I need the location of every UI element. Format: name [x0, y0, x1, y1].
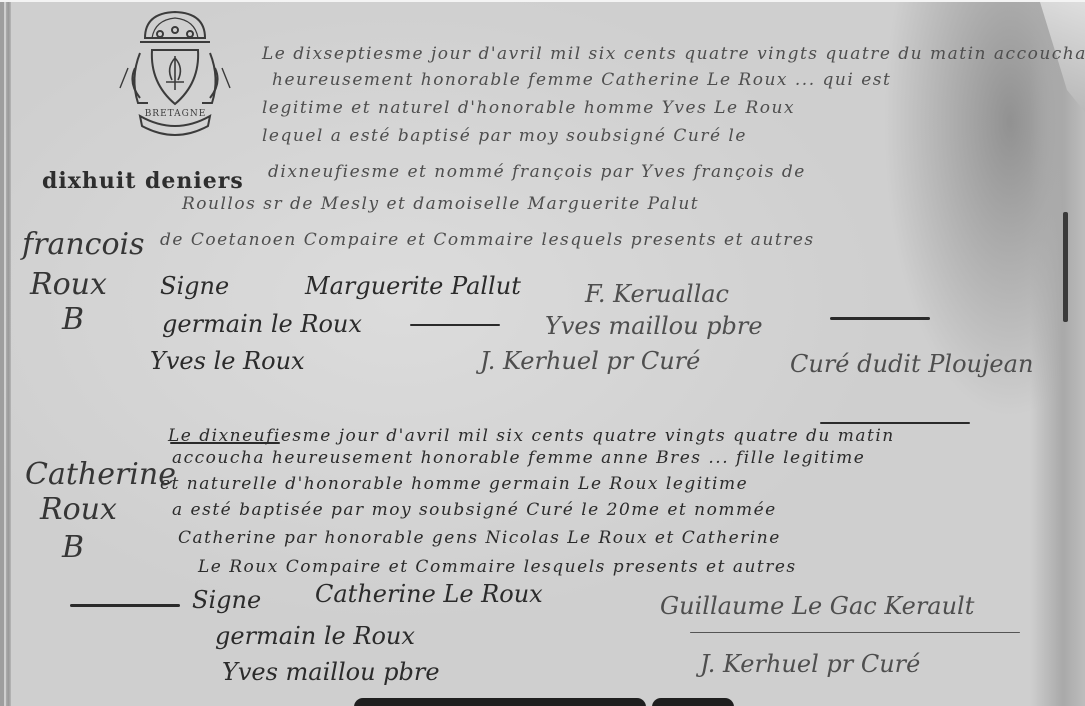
ink-flourish	[690, 632, 1020, 633]
page-right-edge	[1030, 2, 1085, 706]
entry-1-signature: Marguerite Pallut	[305, 272, 521, 300]
tax-mark: dixhuit deniers	[42, 168, 244, 194]
ink-flourish	[830, 317, 930, 320]
entry-1-line: Le dixseptiesme jour d'avril mil six cen…	[262, 44, 1085, 64]
page-gutter	[0, 2, 4, 706]
ink-flourish	[410, 324, 500, 326]
viewer-toolbar-left[interactable]	[354, 698, 646, 706]
entry-2-margin-mark: B	[62, 530, 84, 565]
document-viewer: BRETAGNE dixhuit deniers francois Roux B…	[0, 0, 1085, 706]
entry-1-line: Roullos sr de Mesly et damoiselle Margue…	[182, 194, 699, 214]
entry-1-line: de Coetanoen Compaire et Commaire lesque…	[160, 230, 815, 250]
coat-of-arms-icon	[100, 8, 250, 143]
stamp-label: BRETAGNE	[128, 109, 223, 119]
register-page: BRETAGNE dixhuit deniers francois Roux B…	[0, 2, 1085, 706]
entry-1-margin-mark: B	[62, 302, 84, 337]
viewer-toolbar-right[interactable]	[652, 698, 734, 706]
entry-2-line: et naturelle d'honorable homme germain L…	[160, 474, 748, 494]
entry-2-signature: Yves maillou pbre	[222, 658, 440, 686]
entry-1-margin-surname: Roux	[30, 267, 107, 302]
entry-2-line: a esté baptisée par moy soubsigné Curé l…	[172, 500, 777, 520]
entry-1-line: lequel a esté baptisé par moy soubsigné …	[262, 126, 747, 146]
entry-2-signature: J. Kerhuel pr Curé	[700, 650, 920, 678]
entry-1-line: dixneufiesme et nommé françois par Yves …	[268, 162, 806, 182]
entry-1-signature: Curé dudit Ploujean	[790, 350, 1033, 378]
entry-1-line: legitime et naturel d'honorable homme Yv…	[262, 98, 795, 118]
entry-1-signature: Yves le Roux	[150, 347, 305, 375]
ink-flourish	[70, 604, 180, 607]
entry-1-signature: J. Kerhuel pr Curé	[480, 347, 700, 375]
margin-rule-left	[6, 2, 11, 706]
ink-flourish	[170, 442, 280, 444]
entry-1-margin-given-name: francois	[22, 227, 145, 262]
entry-2-margin-given-name: Catherine	[25, 457, 176, 492]
ink-flourish	[820, 422, 970, 424]
entry-2-signature: germain le Roux	[215, 622, 415, 650]
entry-1-signature: Yves maillou pbre	[545, 312, 763, 340]
entry-2-line: Le Roux Compaire et Commaire lesquels pr…	[198, 557, 797, 577]
entry-2-signature: Guillaume Le Gac Kerault	[660, 592, 974, 620]
entry-2-line: Catherine par honorable gens Nicolas Le …	[178, 528, 781, 548]
entry-1-signature: Signe	[160, 272, 229, 300]
entry-1-signature: germain le Roux	[162, 310, 362, 338]
entry-1-line: heureusement honorable femme Catherine L…	[272, 70, 891, 90]
entry-2-signature: Signe	[192, 586, 261, 614]
entry-2-signature: Catherine Le Roux	[315, 580, 543, 608]
margin-rule-right	[1063, 212, 1068, 322]
entry-2-margin-surname: Roux	[40, 492, 117, 527]
entry-2-line: accoucha heureusement honorable femme an…	[172, 448, 865, 468]
entry-1-signature: F. Keruallac	[585, 280, 729, 308]
